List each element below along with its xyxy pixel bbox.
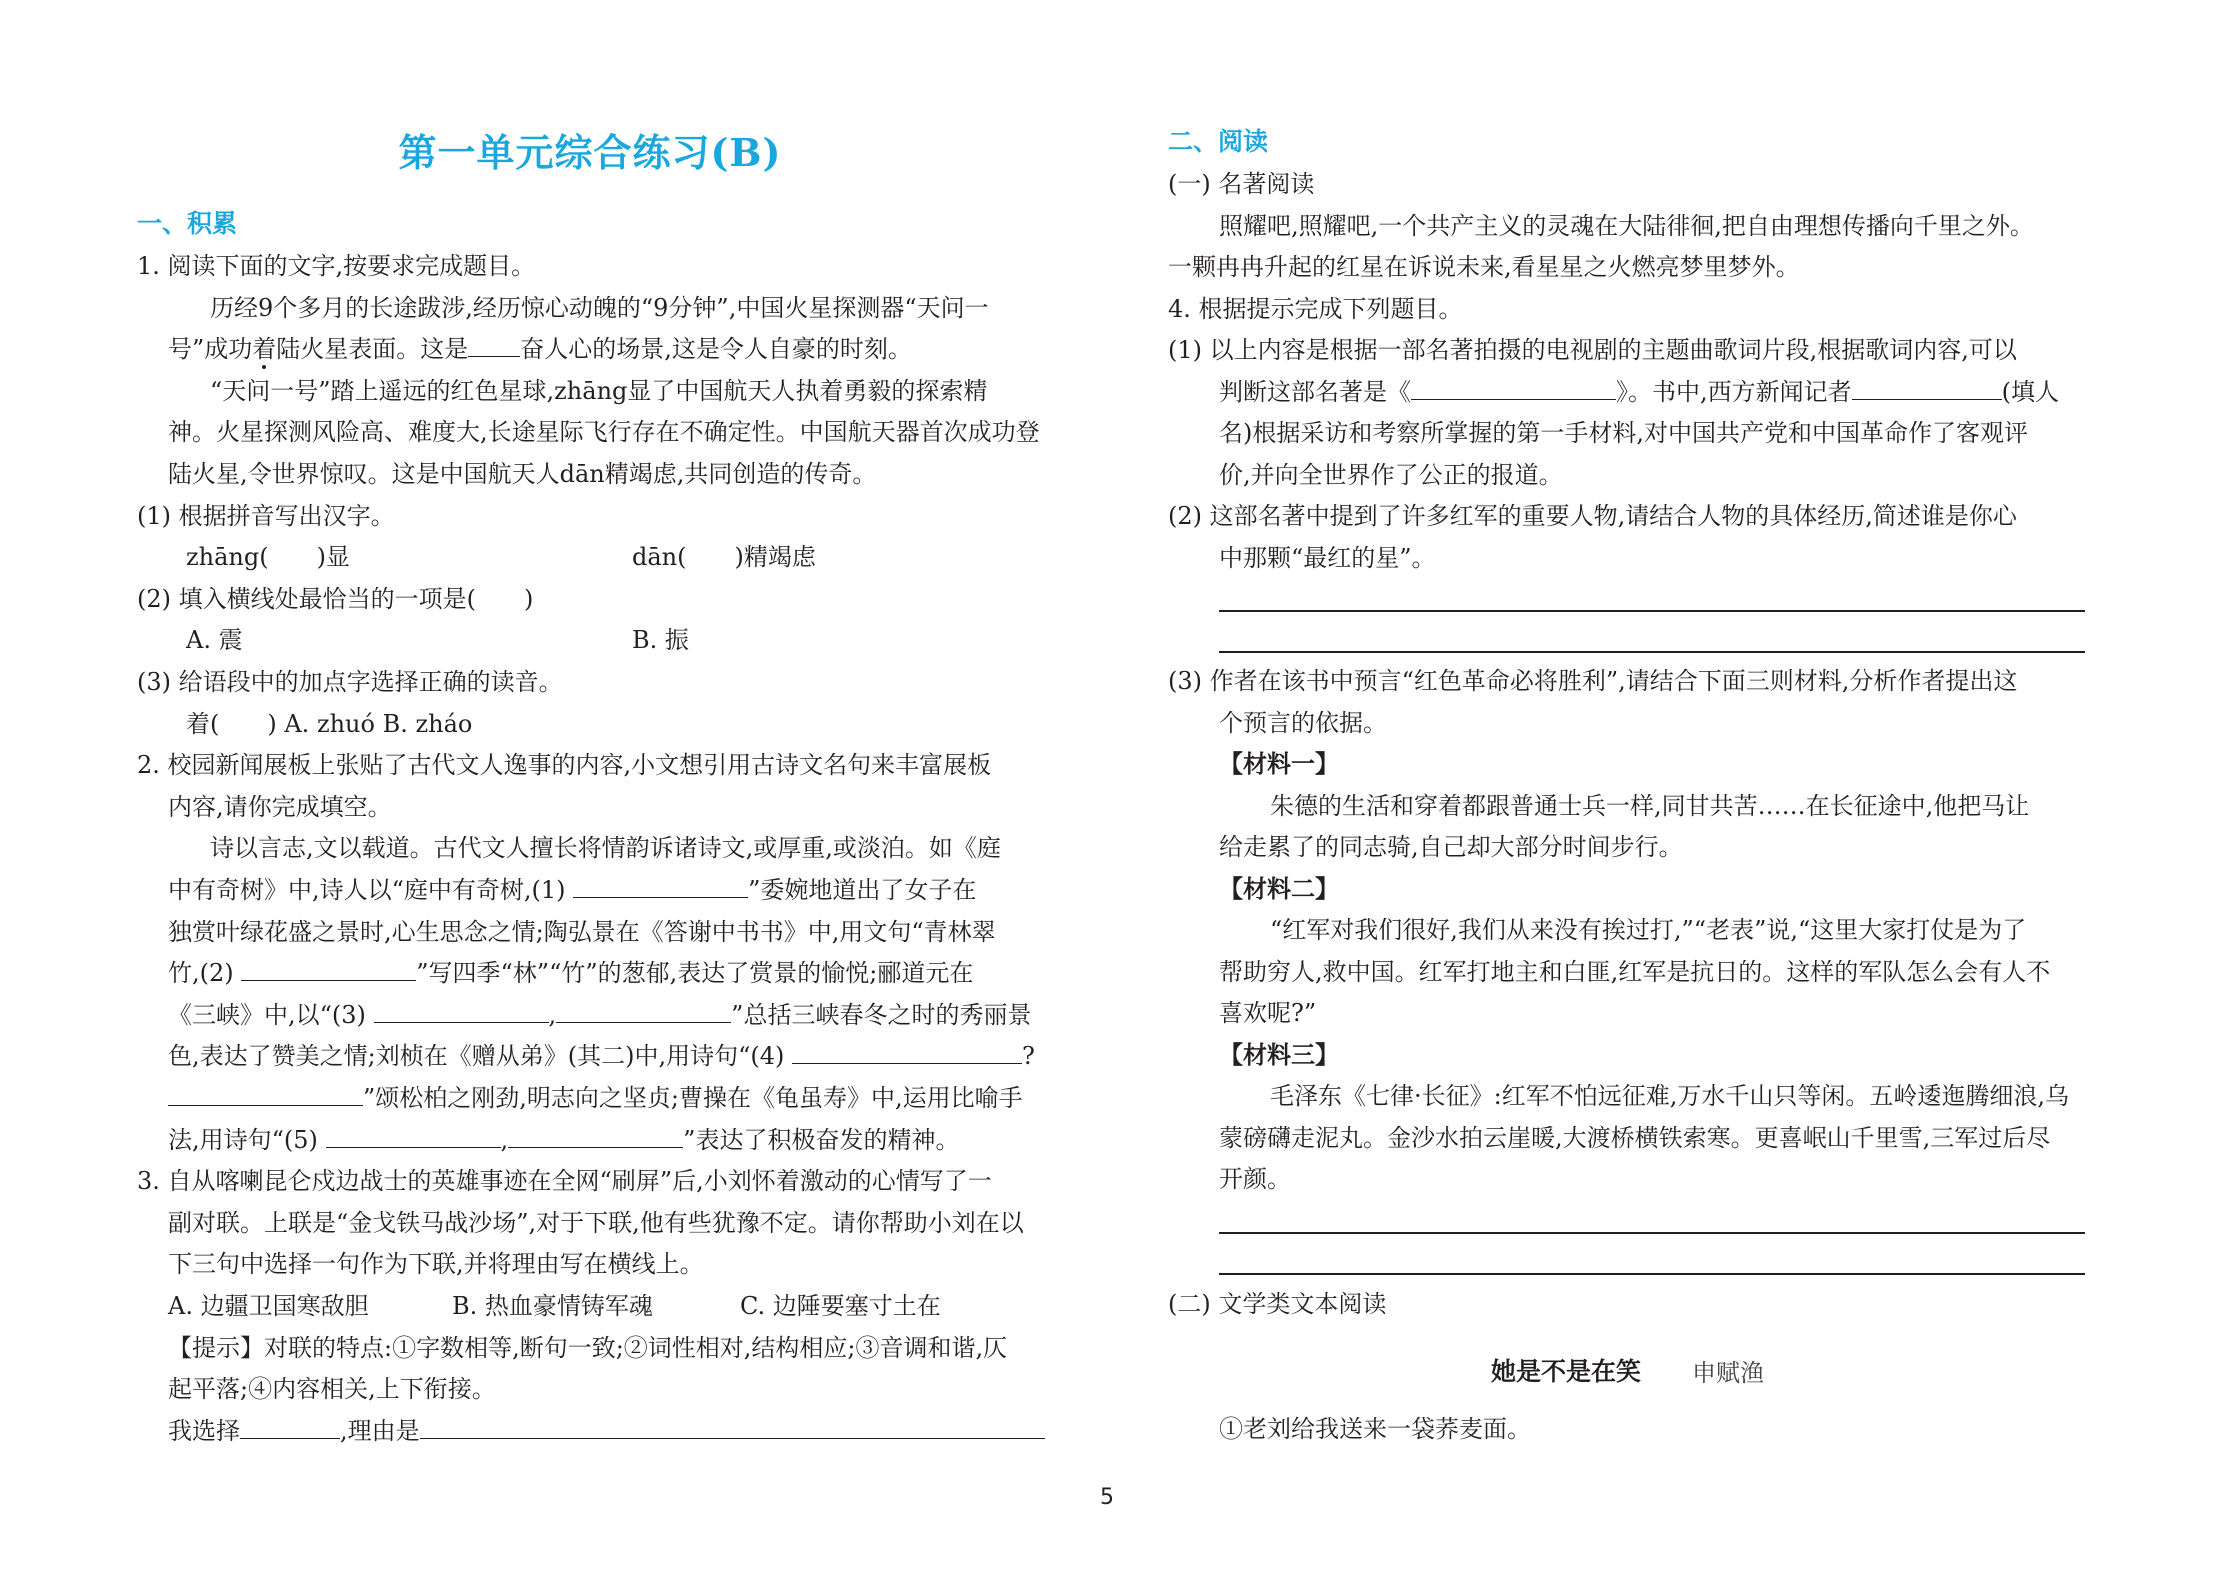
text-segment: ”委婉地道出了女子在 <box>748 876 976 904</box>
question-4-1-cont: 名)根据采访和考察所掌握的第一手材料,对中国共产党和中国革命作了客观评 <box>1219 412 2028 454</box>
q4-1-pre: 判断这部名著是《 <box>1219 378 1411 406</box>
text-line: 号”成功着陆火星表面。这是奋人心的场景,这是令人自豪的时刻。 <box>168 328 912 370</box>
text-segment: ”写四季“林”“竹”的葱郁,表达了赏景的愉悦;郦道元在 <box>416 959 973 987</box>
text-line: 竹,(2) ”写四季“林”“竹”的葱郁,表达了赏景的愉悦;郦道元在 <box>168 952 973 994</box>
text-segment: , <box>501 1126 509 1154</box>
answer-line[interactable] <box>1219 651 2085 653</box>
option-text: B. 热血豪情铸军魂 <box>452 1285 653 1327</box>
text-line: 下三句中选择一句作为下联,并将理由写在横线上。 <box>168 1243 704 1285</box>
question-4-1-cont: 价,并向全世界作了公正的报道。 <box>1219 454 1563 496</box>
text-line: 着( ) A. zhuó B. zháo <box>186 703 472 745</box>
text-line: zhāng( )显 <box>186 536 350 578</box>
text-line: 陆火星,令世界惊叹。这是中国航天人dān精竭虑,共同创造的传奇。 <box>168 453 876 495</box>
material-3-text: 毛泽东《七律·长征》:红军不怕远征难,万水千山只等闲。五岭逶迤腾细浪,乌 <box>1270 1075 2069 1117</box>
text-segment: 色,表达了赞美之情;刘桢在《赠从弟》(其二)中,用诗句“(4) <box>168 1042 792 1070</box>
text-line: 内容,请你完成填空。 <box>168 786 392 828</box>
material-1-label: 【材料一】 <box>1219 743 1339 785</box>
emphasized-char: 着 <box>252 335 276 363</box>
material-1-text: 给走累了的同志骑,自己却大部分时间步行。 <box>1219 826 1683 868</box>
poem-line: 一颗冉冉升起的红星在诉说未来,看星星之火燃亮梦里梦外。 <box>1168 246 1800 288</box>
text-segment: 历经9个多月的长途跋涉,经历惊心动魄的“9分钟”,中国火星探测器“天问一 <box>210 294 989 322</box>
book-title-blank[interactable] <box>1411 373 1616 400</box>
answer-line[interactable] <box>1219 1273 2085 1275</box>
text-line: (1) 根据拼音写出汉字。 <box>137 495 395 537</box>
text-segment: “天问一号”踏上遥远的红色星球,zhāng显了中国航天人执着勇毅的探索精 <box>210 377 987 405</box>
text-line: “天问一号”踏上遥远的红色星球,zhāng显了中国航天人执着勇毅的探索精 <box>210 370 987 412</box>
subsection-literary-reading: (二) 文学类文本阅读 <box>1168 1283 1386 1325</box>
material-3-text: 蒙磅礴走泥丸。金沙水拍云崖暖,大渡桥横铁索寒。更喜岷山千里雪,三军过后尽 <box>1219 1117 2050 1159</box>
text-segment: 【提示】对联的特点:①字数相等,断句一致;②词性相对,结构相应;③音调和谐,仄 <box>168 1334 1007 1362</box>
text-line: 色,表达了赞美之情;刘桢在《赠从弟》(其二)中,用诗句“(4) ? <box>168 1035 1035 1077</box>
story-title: 她是不是在笑 <box>1491 1352 1641 1388</box>
text-line: A. 边疆卫国寒敌胆 <box>168 1285 369 1327</box>
text-line: A. 震 <box>186 619 243 661</box>
text-segment: 副对联。上联是“金戈铁马战沙场”,对于下联,他有些犹豫不定。请你帮助小刘在以 <box>168 1209 1024 1237</box>
text-segment: ”表达了积极奋发的精神。 <box>683 1126 959 1154</box>
text-line: 中有奇树》中,诗人以“庭中有奇树,(1) ”委婉地道出了女子在 <box>168 869 976 911</box>
text-segment: , <box>549 1001 557 1029</box>
poem-line: 照耀吧,照耀吧,一个共产主义的灵魂在大陆徘徊,把自由理想传播向千里之外。 <box>1219 205 2034 247</box>
text-line: 独赏叶绿花盛之景时,心生思念之情;陶弘景在《答谢中书书》中,用文句“青林翠 <box>168 911 996 953</box>
material-1-text: 朱德的生活和穿着都跟普通士兵一样,同甘共苦……在长征途中,他把马让 <box>1270 785 2029 827</box>
text-segment: 奋人心的场景,这是令人自豪的时刻。 <box>520 335 912 363</box>
page-number: 5 <box>1100 1485 1114 1510</box>
text-line: 起平落;④内容相关,上下衔接。 <box>168 1368 496 1410</box>
q4-1-mid: 》。书中,西方新闻记者 <box>1616 378 1852 406</box>
fill-in-blank[interactable] <box>374 996 549 1023</box>
material-2-label: 【材料二】 <box>1219 868 1339 910</box>
text-segment: 诗以言志,文以载道。古代文人擅长将情韵诉诸诗文,或厚重,或淡泊。如《庭 <box>210 834 1001 862</box>
question-4-2: (2) 这部名著中提到了许多红军的重要人物,请结合人物的具体经历,简述谁是你心 <box>1168 495 2017 537</box>
text-segment: ”总括三峡春冬之时的秀丽景 <box>731 1001 1031 1029</box>
text-segment: A. 震 <box>186 626 243 654</box>
text-line: 3. 自从喀喇昆仑戍边战士的英雄事迹在全网“刷屏”后,小刘怀着激动的心情写了一 <box>137 1160 992 1202</box>
text-line: 2. 校园新闻展板上张贴了古代文人逸事的内容,小文想引用古诗文名句来丰富展板 <box>137 744 991 786</box>
question-4-3: (3) 作者在该书中预言“红色革命必将胜利”,请结合下面三则材料,分析作者提出这 <box>1168 660 2017 702</box>
text-line: 我选择,理由是 <box>168 1410 1045 1452</box>
text-line: (2) 填入横线处最恰当的一项是( ) <box>137 578 533 620</box>
story-author: 申赋渔 <box>1692 1353 1764 1388</box>
material-2-text: 喜欢呢?” <box>1219 992 1316 1034</box>
journalist-name-blank[interactable] <box>1852 373 2002 400</box>
subsection-classic-reading: (一) 名著阅读 <box>1168 163 1314 205</box>
text-line: ”颂松柏之刚劲,明志向之坚贞;曹操在《龟虽寿》中,运用比喻手 <box>168 1077 1023 1119</box>
text-segment: 号”成功 <box>168 335 252 363</box>
text-segment: 着( ) A. zhuó B. zháo <box>186 710 472 738</box>
section-heading-reading: 二、阅读 <box>1168 121 1268 163</box>
text-segment: A. 边疆卫国寒敌胆 <box>168 1292 369 1320</box>
text-segment: 我选择 <box>168 1417 240 1445</box>
text-line: 诗以言志,文以载道。古代文人擅长将情韵诉诸诗文,或厚重,或淡泊。如《庭 <box>210 827 1001 869</box>
text-line: 历经9个多月的长途跋涉,经历惊心动魄的“9分钟”,中国火星探测器“天问一 <box>210 287 989 329</box>
text-segment: 《三峡》中,以“(3) <box>168 1001 374 1029</box>
text-segment: 神。火星探测风险高、难度大,长途星际飞行存在不确定性。中国航天器首次成功登 <box>168 418 1040 446</box>
text-segment: zhāng( )显 <box>186 543 350 571</box>
text-segment: (3) 给语段中的加点字选择正确的读音。 <box>137 668 563 696</box>
text-segment: 陆火星,令世界惊叹。这是中国航天人dān精竭虑,共同创造的传奇。 <box>168 460 876 488</box>
story-paragraph-1: ①老刘给我送来一袋荞麦面。 <box>1219 1408 1531 1450</box>
text-segment: ”颂松柏之刚劲,明志向之坚贞;曹操在《龟虽寿》中,运用比喻手 <box>363 1084 1023 1112</box>
fill-in-blank[interactable] <box>326 1121 501 1148</box>
text-line: 1. 阅读下面的文字,按要求完成题目。 <box>137 245 535 287</box>
question-4: 4. 根据提示完成下列题目。 <box>1168 288 1463 330</box>
question-4-3-cont: 个预言的依据。 <box>1219 702 1387 744</box>
text-segment: 独赏叶绿花盛之景时,心生思念之情;陶弘景在《答谢中书书》中,用文句“青林翠 <box>168 918 996 946</box>
text-line: 神。火星探测风险高、难度大,长途星际飞行存在不确定性。中国航天器首次成功登 <box>168 411 1040 453</box>
fill-in-blank[interactable] <box>792 1037 1022 1064</box>
question-4-1: (1) 以上内容是根据一部名著拍摄的电视剧的主题曲歌词片段,根据歌词内容,可以 <box>1168 329 2017 371</box>
text-segment: (2) 填入横线处最恰当的一项是( ) <box>137 585 533 613</box>
option-text: C. 边陲要塞寸土在 <box>740 1285 941 1327</box>
text-segment: 下三句中选择一句作为下联,并将理由写在横线上。 <box>168 1250 704 1278</box>
text-line: 《三峡》中,以“(3) ,”总括三峡春冬之时的秀丽景 <box>168 994 1031 1036</box>
text-segment: 竹,(2) <box>168 959 241 987</box>
fill-in-blank[interactable] <box>508 1121 683 1148</box>
fill-in-blank[interactable] <box>556 996 731 1023</box>
fill-in-blank[interactable] <box>241 954 416 981</box>
fill-in-blank[interactable] <box>420 1412 1045 1439</box>
text-segment: 陆火星表面。这是 <box>276 335 468 363</box>
material-3-text: 开颜。 <box>1219 1158 1291 1200</box>
text-segment: 中有奇树》中,诗人以“庭中有奇树,(1) <box>168 876 573 904</box>
text-line: 【提示】对联的特点:①字数相等,断句一致;②词性相对,结构相应;③音调和谐,仄 <box>168 1327 1007 1369</box>
material-2-text: 帮助穷人,救中国。红军打地主和白匪,红军是抗日的。这样的军队怎么会有人不 <box>1219 951 2050 993</box>
option-text: B. 振 <box>632 619 689 661</box>
fill-in-blank[interactable] <box>468 330 520 357</box>
text-segment: 内容,请你完成填空。 <box>168 793 392 821</box>
text-line: 法,用诗句“(5) ,”表达了积极奋发的精神。 <box>168 1119 959 1161</box>
material-3-label: 【材料三】 <box>1219 1034 1339 1076</box>
section-heading-accumulation: 一、积累 <box>137 203 237 245</box>
text-segment: 3. 自从喀喇昆仑戍边战士的英雄事迹在全网“刷屏”后,小刘怀着激动的心情写了一 <box>137 1167 992 1195</box>
fill-in-blank[interactable] <box>240 1412 340 1439</box>
text-segment: 法,用诗句“(5) <box>168 1126 326 1154</box>
fill-in-blank[interactable] <box>168 1079 363 1106</box>
text-segment: ,理由是 <box>340 1417 420 1445</box>
fill-in-blank[interactable] <box>573 871 748 898</box>
answer-line[interactable] <box>1219 1232 2085 1234</box>
option-text: dān( )精竭虑 <box>632 536 816 578</box>
text-segment: 2. 校园新闻展板上张贴了古代文人逸事的内容,小文想引用古诗文名句来丰富展板 <box>137 751 991 779</box>
text-line: 副对联。上联是“金戈铁马战沙场”,对于下联,他有些犹豫不定。请你帮助小刘在以 <box>168 1202 1024 1244</box>
question-4-2-cont: 中那颗“最红的星”。 <box>1219 537 1436 579</box>
question-4-1-fill: 判断这部名著是《》。书中,西方新闻记者(填人 <box>1219 371 2059 413</box>
page-title: 第一单元综合练习(B) <box>0 122 1180 177</box>
q4-1-post: (填人 <box>2002 378 2059 406</box>
text-segment: ? <box>1022 1042 1035 1070</box>
text-segment: 1. 阅读下面的文字,按要求完成题目。 <box>137 252 535 280</box>
text-segment: 起平落;④内容相关,上下衔接。 <box>168 1375 496 1403</box>
answer-line[interactable] <box>1219 610 2085 612</box>
text-segment: (1) 根据拼音写出汉字。 <box>137 502 395 530</box>
material-2-text: “红军对我们很好,我们从来没有挨过打,”“老表”说,“这里大家打仗是为了 <box>1270 909 2026 951</box>
text-line: (3) 给语段中的加点字选择正确的读音。 <box>137 661 563 703</box>
